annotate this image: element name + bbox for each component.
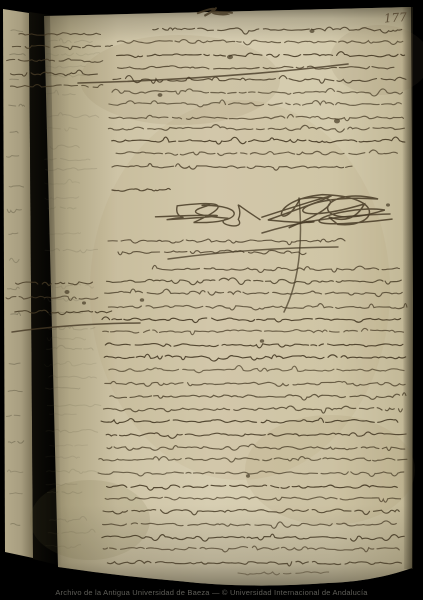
ink-blot xyxy=(82,301,86,304)
ink-blot xyxy=(386,203,390,206)
ink-blot xyxy=(260,339,264,343)
previous-page-edge xyxy=(3,9,33,558)
manuscript-scan: 177 Archivo de la Antigua Universidad de… xyxy=(0,0,423,600)
ink-blot xyxy=(246,474,250,477)
folio-number: 177 xyxy=(384,10,408,26)
manuscript-photo: 177 xyxy=(0,0,423,600)
ink-blot xyxy=(158,93,163,97)
ink-blot xyxy=(310,29,315,33)
ink-blot xyxy=(227,55,233,59)
archive-caption: Archivo de la Antigua Universidad de Bae… xyxy=(0,587,423,598)
ink-blot xyxy=(65,290,70,294)
ink-blot xyxy=(334,119,340,124)
ink-stroke xyxy=(10,79,19,80)
ink-blot xyxy=(140,298,144,302)
